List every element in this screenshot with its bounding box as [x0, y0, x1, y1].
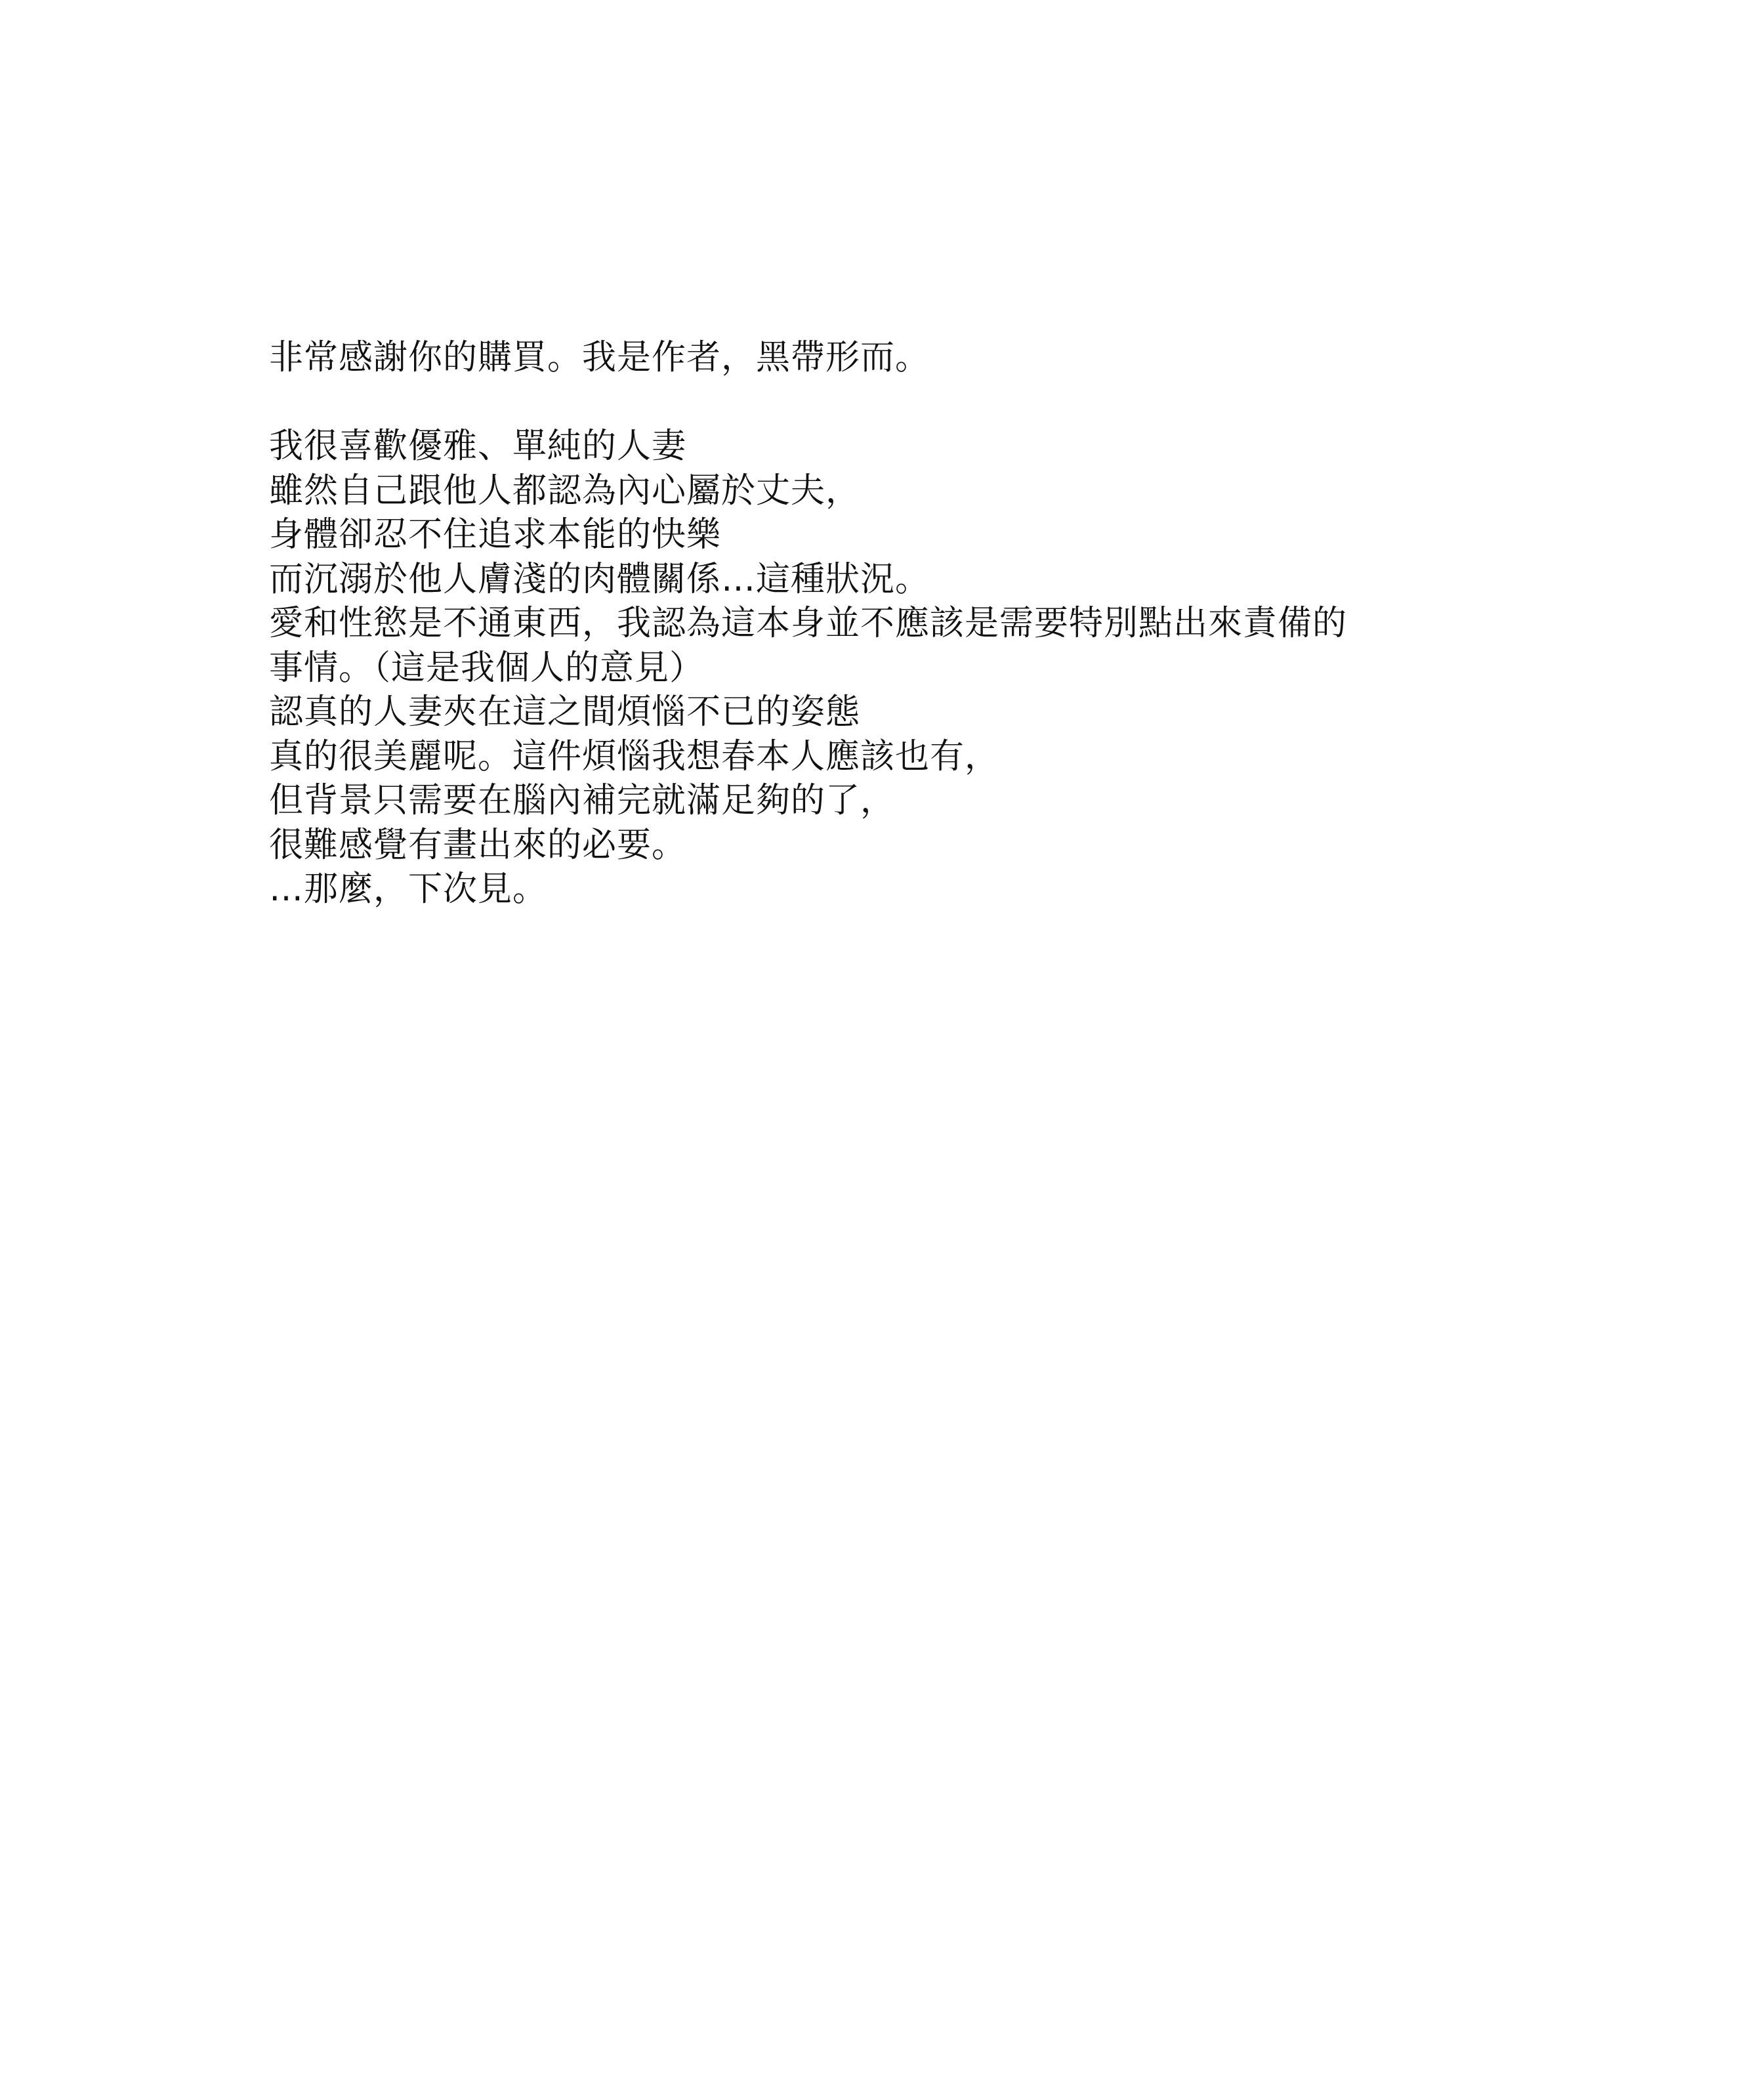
afterword-page: 非常感謝你的購買。我是作者，黑帶形而。 我很喜歡優雅、單純的人妻 雖然自己跟他人… [0, 0, 1750, 2100]
greeting-line: 非常感謝你的購買。我是作者，黑帶形而。 [269, 336, 1581, 381]
body-line: 我很喜歡優雅、單純的人妻 [269, 425, 1581, 469]
body-line: 但背景只需要在腦內補完就滿足夠的了， [269, 779, 1581, 824]
body-line: 很難感覺有畫出來的必要。 [269, 824, 1581, 868]
body-line: 雖然自己跟他人都認為內心屬於丈夫， [269, 469, 1581, 514]
afterword-text-block: 非常感謝你的購買。我是作者，黑帶形而。 我很喜歡優雅、單純的人妻 雖然自己跟他人… [269, 336, 1581, 912]
body-line: 愛和性慾是不通東西，我認為這本身並不應該是需要特別點出來責備的 [269, 602, 1581, 646]
body-line: 身體卻忍不住追求本能的快樂 [269, 513, 1581, 558]
body-line: 而沉溺於他人膚淺的肉體關係…這種狀況。 [269, 558, 1581, 602]
closing-line: …那麼，下次見。 [269, 868, 1581, 912]
body-line: 認真的人妻夾在這之間煩惱不已的姿態 [269, 690, 1581, 735]
body-line: 事情。（這是我個人的意見） [269, 646, 1581, 691]
paragraph-spacer [269, 381, 1581, 425]
body-line: 真的很美麗呢。這件煩惱我想春本人應該也有， [269, 735, 1581, 780]
